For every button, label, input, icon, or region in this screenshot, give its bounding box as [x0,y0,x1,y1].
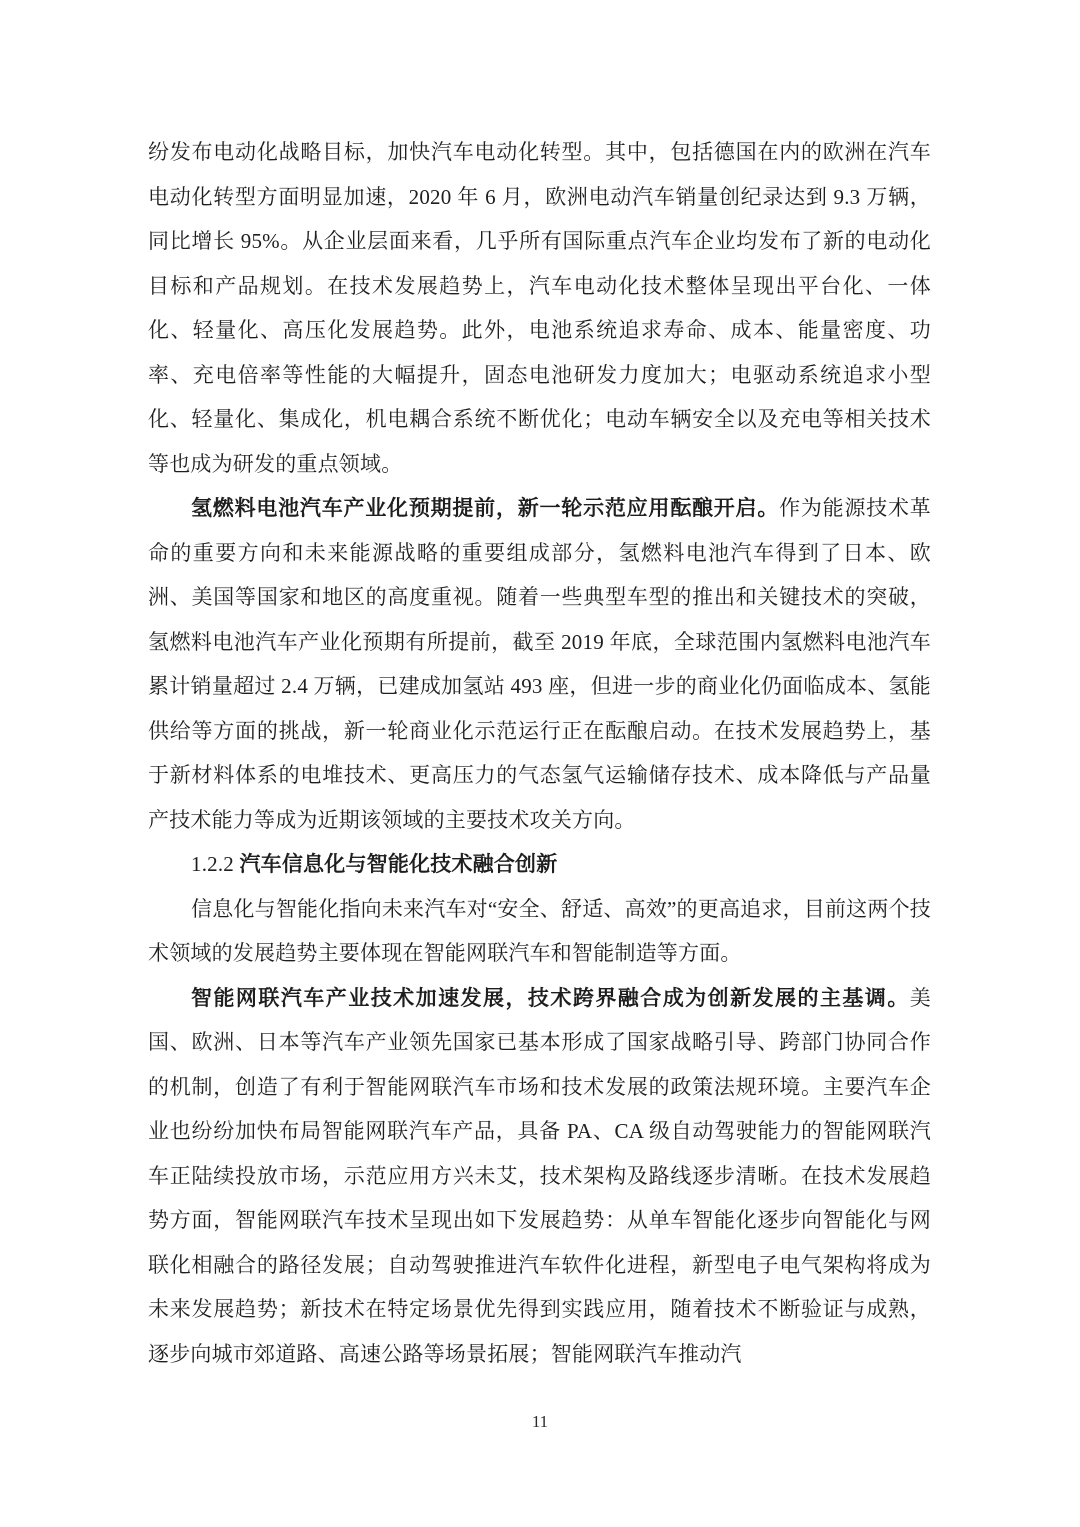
document-body: 纷发布电动化战略目标，加快汽车电动化转型。其中，包括德国在内的欧洲在汽车电动化转… [148,130,931,1376]
bold-text-run: 汽车信息化与智能化技术融合创新 [239,852,557,876]
text-run: 信息化与智能化指向未来汽车对“安全、舒适、高效”的更高追求，目前这两个技术领域的… [148,897,931,966]
text-run: 美国、欧洲、日本等汽车产业领先国家已基本形成了国家战略引导、跨部门协同合作的机制… [148,986,931,1366]
heading-1-2-2: 1.2.2 汽车信息化与智能化技术融合创新 [148,842,931,887]
para-informatization-intelligence: 信息化与智能化指向未来汽车对“安全、舒适、高效”的更高追求，目前这两个技术领域的… [148,887,931,976]
page-number: 11 [0,1410,1080,1434]
bold-text-run: 氢燃料电池汽车产业化预期提前，新一轮示范应用酝酿开启。 [191,496,779,520]
para-electrification-trends: 纷发布电动化战略目标，加快汽车电动化转型。其中，包括德国在内的欧洲在汽车电动化转… [148,130,931,486]
text-run: 作为能源技术革命的重要方向和未来能源战略的重要组成部分，氢燃料电池汽车得到了日本… [148,496,931,832]
para-intelligent-connected-vehicles: 智能网联汽车产业技术加速发展，技术跨界融合成为创新发展的主基调。美国、欧洲、日本… [148,976,931,1377]
bold-text-run: 智能网联汽车产业技术加速发展，技术跨界融合成为创新发展的主基调。 [191,986,910,1010]
document-page: 纷发布电动化战略目标，加快汽车电动化转型。其中，包括德国在内的欧洲在汽车电动化转… [0,0,1080,1527]
para-hydrogen-fuel-cell: 氢燃料电池汽车产业化预期提前，新一轮示范应用酝酿开启。作为能源技术革命的重要方向… [148,486,931,842]
text-run: 1.2.2 [191,852,239,876]
text-run: 纷发布电动化战略目标，加快汽车电动化转型。其中，包括德国在内的欧洲在汽车电动化转… [148,140,931,476]
